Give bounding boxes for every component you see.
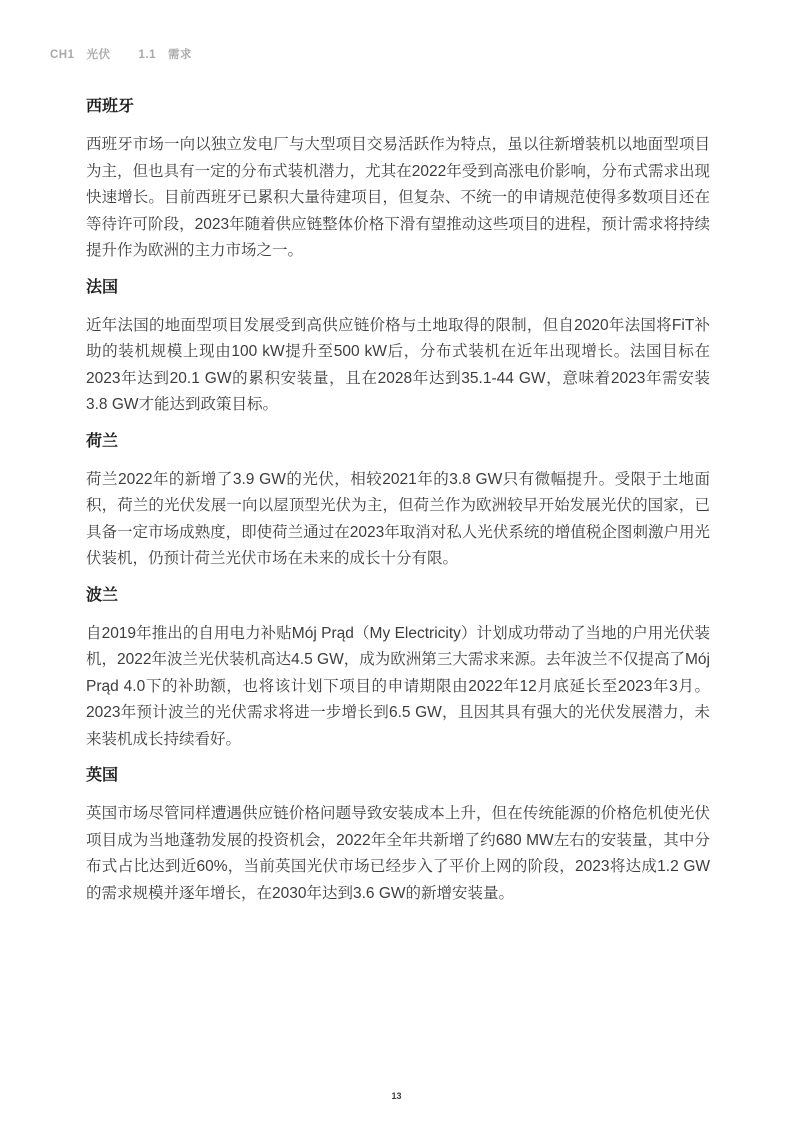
page-footer: 13 [0, 1086, 793, 1104]
section-spain: 西班牙 西班牙市场一向以独立发电厂与大型项目交易活跃作为特点，虽以往新增装机以地… [86, 94, 710, 265]
chapter-number: CH1 [50, 49, 75, 61]
section-poland: 波兰 自2019年推出的自用电力补贴Mój Prąd（My Electricit… [86, 583, 710, 754]
section-paragraph-uk: 英国市场尽管同样遭遇供应链价格问题导致安装成本上升，但在传统能源的价格危机使光伏… [86, 801, 710, 907]
section-heading-france: 法国 [86, 275, 710, 301]
document-content: 西班牙 西班牙市场一向以独立发电厂与大型项目交易活跃作为特点，虽以往新增装机以地… [86, 94, 710, 907]
section-heading-uk: 英国 [86, 763, 710, 789]
section-paragraph-spain: 西班牙市场一向以独立发电厂与大型项目交易活跃作为特点，虽以往新增装机以地面型项目… [86, 132, 710, 265]
section-uk: 英国 英国市场尽管同样遭遇供应链价格问题导致安装成本上升，但在传统能源的价格危机… [86, 763, 710, 907]
section-paragraph-poland: 自2019年推出的自用电力补贴Mój Prąd（My Electricity）计… [86, 621, 710, 754]
section-title: 需求 [168, 46, 192, 62]
page-number: 13 [391, 1091, 401, 1101]
section-netherlands: 荷兰 荷兰2022年的新增了3.9 GW的光伏，相较2021年的3.8 GW只有… [86, 429, 710, 573]
running-header: CH1 光伏 1.1 需求 [50, 46, 192, 62]
section-france: 法国 近年法国的地面型项目发展受到高供应链价格与土地取得的限制，但自2020年法… [86, 275, 710, 419]
chapter-title: 光伏 [87, 46, 111, 62]
section-heading-spain: 西班牙 [86, 94, 710, 120]
section-paragraph-netherlands: 荷兰2022年的新增了3.9 GW的光伏，相较2021年的3.8 GW只有微幅提… [86, 467, 710, 573]
section-heading-poland: 波兰 [86, 583, 710, 609]
section-number: 1.1 [139, 49, 157, 61]
section-heading-netherlands: 荷兰 [86, 429, 710, 455]
section-paragraph-france: 近年法国的地面型项目发展受到高供应链价格与土地取得的限制，但自2020年法国将F… [86, 313, 710, 419]
